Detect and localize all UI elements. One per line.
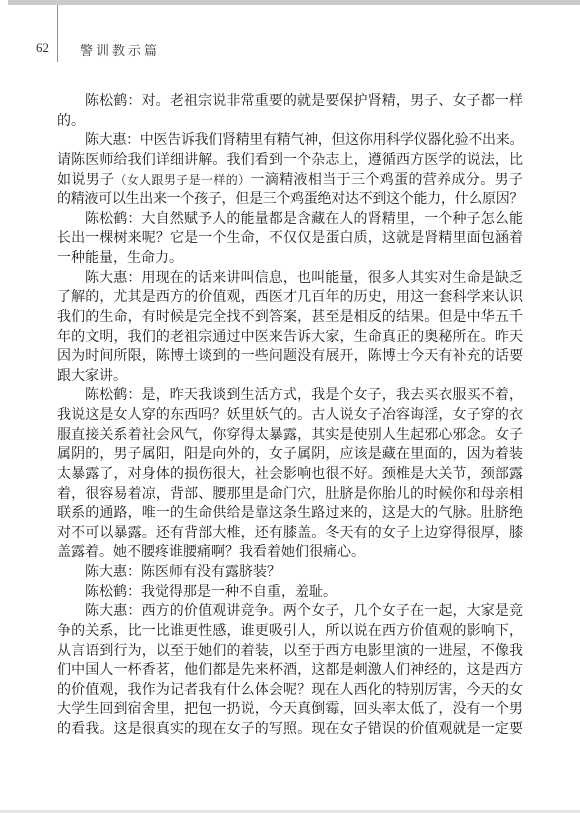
text-line: 从言语到行为，以至于她们的着装，以至于西方电影里演的一进屋，不像我 <box>57 642 523 662</box>
text-line: 着，很容易着凉，背部、腰那里是命门穴，肚脐是你胎儿的时候你和母亲相 <box>57 485 523 505</box>
paragraph: 陈松鹤：我觉得那是一种不自重，羞耻。 <box>57 583 523 603</box>
text-line: 我说这是女人穿的东西吗？妖里妖气的。古人说女子冶容诲淫，女子穿的衣 <box>57 406 523 426</box>
text-line: 陈松鹤：我觉得那是一种不自重，羞耻。 <box>57 583 523 603</box>
text-line: 跟大家讲。 <box>57 367 523 387</box>
text-line: 陈大惠：西方的价值观讲竞争。两个女子，几个女子在一起，大家是竞 <box>57 602 523 622</box>
paragraph: 陈大惠：用现在的话来讲叫信息，也叫能量，很多人其实对生命是缺乏了解的，尤其是西方… <box>57 269 523 387</box>
paragraph: 陈大惠：陈医师有没有露脐装？ <box>57 563 523 583</box>
header-divider <box>57 5 58 62</box>
text-line: 陈大惠：陈医师有没有露脐装？ <box>57 563 523 583</box>
text-line: 的价值观，我作为记者我有什么体会呢？现在人西化的特别厉害，今天的女 <box>57 681 523 701</box>
text-line: 的。 <box>57 112 523 132</box>
text-line: 因为时间所限，陈博士谈到的一些问题没有展开，陈博士今天有补充的话要 <box>57 347 523 367</box>
inline-annotation: （女人跟男子是一样的） <box>114 173 250 187</box>
book-page: 62 警训教示篇 陈松鹤：对。老祖宗说非常重要的就是要保护肾精，男子、女子都一样… <box>0 0 580 813</box>
paragraph: 陈松鹤：是，昨天我谈到生活方式，我是个女子，我去买衣服买不着，我说这是女人穿的东… <box>57 386 523 563</box>
text-line: 属阴的，男子属阳，阳是向外的，女子属阴，应该是藏在里面的，因为着装 <box>57 445 523 465</box>
paragraph: 陈大惠：西方的价值观讲竞争。两个女子，几个女子在一起，大家是竞争的关系，比一比谁… <box>57 602 523 739</box>
page-body: 陈松鹤：对。老祖宗说非常重要的就是要保护肾精，男子、女子都一样的。陈大惠：中医告… <box>57 92 523 740</box>
paragraph: 陈松鹤：大自然赋予人的能量都是含藏在人的肾精里，一个种子怎么能长出一棵树来呢？它… <box>57 210 523 269</box>
text-line: 如说男子（女人跟男子是一样的）一滴精液相当于三个鸡蛋的营养成分。男子 <box>57 171 523 191</box>
text-line: 服直接关系着社会风气，你穿得太暴露，其实是使别人生起邪心邪念。女子 <box>57 426 523 446</box>
page-number: 62 <box>0 40 49 56</box>
scan-edge-top <box>8 0 580 5</box>
text-line: 们中国人一杯香茗，他们都是先来杯酒，这都是刺激人们神经的，这是西方 <box>57 661 523 681</box>
text-line: 争的关系，比一比谁更性感，谁更吸引人，所以说在西方价值观的影响下， <box>57 622 523 642</box>
text-line: 长出一棵树来呢？它是一个生命，不仅仅是蛋白质，这就是肾精里面包涵着 <box>57 229 523 249</box>
text-line: 陈大惠：用现在的话来讲叫信息，也叫能量，很多人其实对生命是缺乏 <box>57 269 523 289</box>
text-line: 陈松鹤：对。老祖宗说非常重要的就是要保护肾精，男子、女子都一样 <box>57 92 523 112</box>
text-line: 陈松鹤：是，昨天我谈到生活方式，我是个女子，我去买衣服买不着， <box>57 386 523 406</box>
text-line: 了解的，尤其是西方的价值观，西医才几百年的历史，用这一套科学来认识 <box>57 288 523 308</box>
paragraph: 陈大惠：中医告诉我们肾精里有精气神，但这你用科学仪器化验不出来。请陈医师给我们详… <box>57 131 523 210</box>
text-line: 的精液可以生出来一个孩子，但是三个鸡蛋绝对达不到这个能力，什么原因？ <box>57 190 523 210</box>
text-line: 陈大惠：中医告诉我们肾精里有精气神，但这你用科学仪器化验不出来。 <box>57 131 523 151</box>
running-title: 警训教示篇 <box>80 40 160 59</box>
text-line: 对不可以暴露。还有背部大椎，还有膝盖。冬天有的女子上边穿得很厚，膝 <box>57 524 523 544</box>
text-line: 大学生回到宿舍里，把包一扔说，今天真倒霉，回头率太低了，没有一个男 <box>57 700 523 720</box>
text-line: 陈松鹤：大自然赋予人的能量都是含藏在人的肾精里，一个种子怎么能 <box>57 210 523 230</box>
text-line: 的看我。这是很真实的现在女子的写照。现在女子错误的价值观就是一定要 <box>57 720 523 740</box>
text-line: 我们的生命，有时候是完全找不到答案，甚至是相反的结果。但是中华五千 <box>57 308 523 328</box>
text-segment: 一滴精液相当于三个鸡蛋的营养成分。男子 <box>250 173 523 188</box>
text-segment: 如说男子 <box>57 173 114 188</box>
text-line: 太暴露了，对身体的损伤很大，社会影响也很不好。颈椎是大关节，颈部露 <box>57 465 523 485</box>
text-line: 年的文明，我们的老祖宗通过中医来告诉大家，生命真正的奥秘所在。昨天 <box>57 328 523 348</box>
text-line: 请陈医师给我们详细讲解。我们看到一个杂志上，遵循西方医学的说法，比 <box>57 151 523 171</box>
text-line: 盖露着。她不腰疼谁腰痛啊？我看着她们很痛心。 <box>57 543 523 563</box>
paragraph: 陈松鹤：对。老祖宗说非常重要的就是要保护肾精，男子、女子都一样的。 <box>57 92 523 131</box>
text-line: 联系的通路，唯一的生命供给是靠这条生路过来的，这是大的气脉。肚脐绝 <box>57 504 523 524</box>
text-line: 一种能量，生命力。 <box>57 249 523 269</box>
